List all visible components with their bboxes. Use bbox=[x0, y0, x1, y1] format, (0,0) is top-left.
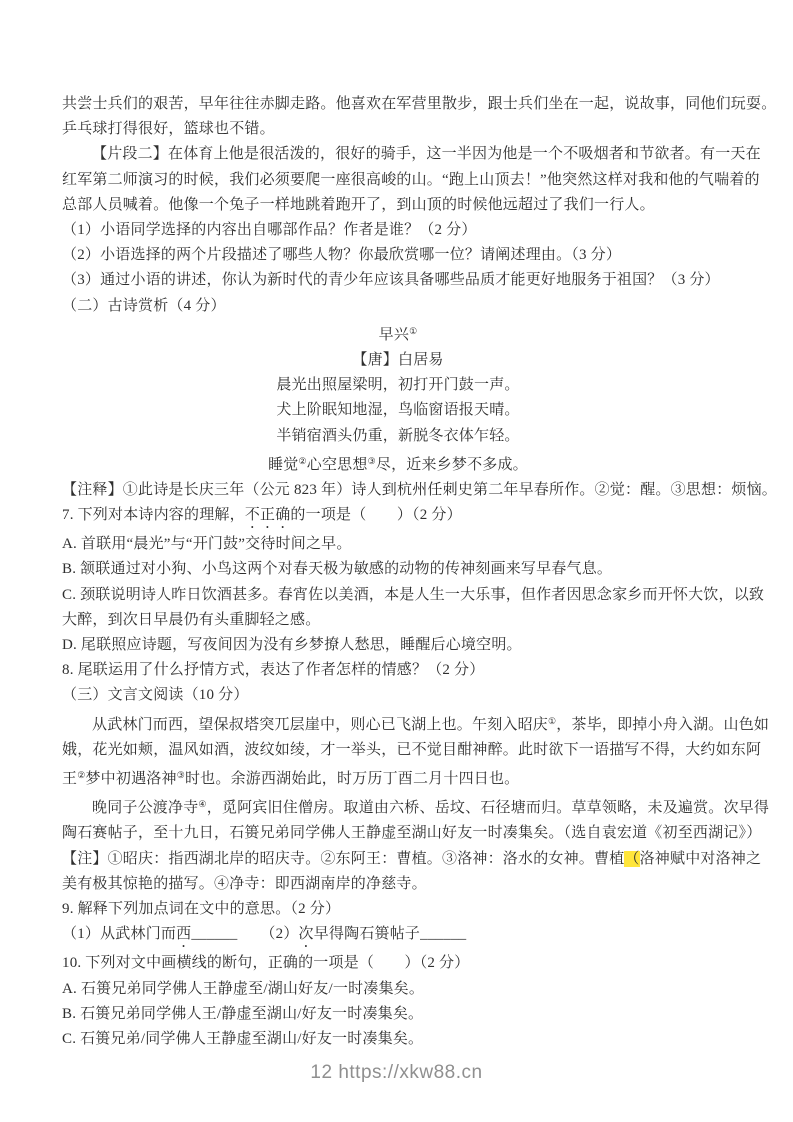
text-segment: 睡觉 bbox=[268, 457, 298, 473]
page-footer: 12 https://xkw88.cn bbox=[0, 1062, 793, 1084]
emphasis-dotted-text: 不正确 bbox=[245, 507, 291, 523]
text-segment: 【片段二】在体育上他是很活泼的，很好的骑手，这一半因为他是一个不吸烟者和节欲者。… bbox=[92, 146, 761, 162]
text-line: （1）从武林门而西______ （2）次早得陶石篑帖子______ bbox=[62, 922, 734, 951]
text-segment: 晚同子公渡净寺 bbox=[92, 800, 198, 816]
text-segment: 美有极其惊艳的描写。④净寺：即西湖南岸的净慈寺。 bbox=[62, 876, 427, 892]
text-segment: 犬上阶眠知地湿，鸟临窗语报天晴。 bbox=[276, 402, 519, 418]
text-segment: 红军第二师演习的时候，我们必须要爬一座很高峻的山。“跑上山顶去！”他突然这样对我… bbox=[62, 172, 760, 188]
text-segment: 时也。余游西湖始此，时万历丁酉二月十四日也。 bbox=[185, 771, 519, 787]
text-line: （三）文言文阅读（10 分） bbox=[62, 683, 734, 708]
text-line: 半销宿酒头仍重，新脱冬衣体乍轻。 bbox=[62, 424, 734, 449]
text-line: （二）古诗赏析（4 分） bbox=[62, 294, 734, 319]
highlight-mark: （ bbox=[624, 851, 639, 867]
text-segment: 心空思想 bbox=[307, 457, 368, 473]
text-line: 王②梦中初遇洛神③时也。余游西湖始此，时万历丁酉二月十四日也。 bbox=[62, 763, 734, 792]
text-segment: ______ bbox=[420, 926, 466, 942]
text-line: 犬上阶眠知地湿，鸟临窗语报天晴。 bbox=[62, 398, 734, 423]
text-line: 美有极其惊艳的描写。④净寺：即西湖南岸的净慈寺。 bbox=[62, 872, 734, 897]
text-segment: 梦中初遇洛神 bbox=[85, 771, 176, 787]
text-segment: 共尝士兵们的艰苦，早年往往赤脚走路。他喜欢在军营里散步，跟士兵们坐在一起，说故事… bbox=[62, 96, 776, 112]
text-line: 晚同子公渡净寺④，觅阿宾旧住僧房。取道由六桥、岳坟、石径塘而归。草草领略，未及遍… bbox=[62, 792, 734, 821]
text-line: 大醉，到次日早晨仍有头重脚轻之感。 bbox=[62, 608, 734, 633]
text-segment: 陶石赛帖子，至十九日，石篑兄弟同学佛人王静虚至湖山好友一时凑集矣。（选自袁宏道《… bbox=[62, 825, 761, 841]
text-segment: （2） bbox=[268, 926, 299, 942]
text-segment: A. 石篑兄弟同学佛人王静虚至/湖山好友/一时凑集矣。 bbox=[62, 981, 424, 997]
text-segment: 的一项是（ ）（2 分） bbox=[290, 507, 461, 523]
text-segment: 总部人员喊着。他像一个兔子一样地跳着跑开了，到山顶的时候他远超过了我们一行人。 bbox=[62, 197, 655, 213]
text-segment: 晨光出照屋梁明，初打开门鼓一声。 bbox=[276, 377, 519, 393]
text-segment: 大醉，到次日早晨仍有头重脚轻之感。 bbox=[62, 612, 320, 628]
text-line: 陶石赛帖子，至十九日，石篑兄弟同学佛人王静虚至湖山好友一时凑集矣。（选自袁宏道《… bbox=[62, 821, 734, 846]
text-segment: 9. 解释下列加点词在文中的意思。（2 分） bbox=[62, 901, 340, 917]
text-line: （1）小语同学选择的内容出自哪部作品？作者是谁？（2 分） bbox=[62, 218, 734, 243]
text-line: 【注释】①此诗是长庆三年（公元 823 年）诗人到杭州任刺史第二年早春所作。②觉… bbox=[62, 478, 734, 503]
superscript-note-ref: ③ bbox=[177, 770, 185, 780]
text-segment: （三）文言文阅读（10 分） bbox=[62, 687, 249, 703]
text-line: 【片段二】在体育上他是很活泼的，很好的骑手，这一半因为他是一个不吸烟者和节欲者。… bbox=[62, 142, 734, 167]
text-segment: 半销宿酒头仍重，新脱冬衣体乍轻。 bbox=[276, 428, 519, 444]
superscript-note-ref: ② bbox=[299, 456, 307, 466]
text-line: （3）通过小语的讲述，你认为新时代的青少年应该具备哪些品质才能更好地服务于祖国？… bbox=[62, 268, 734, 293]
text-segment: 8. 尾联运用了什么抒情方式，表达了作者怎样的情感？（2 分） bbox=[62, 662, 484, 678]
text-line: 娥，花光如颊，温风如酒，波纹如绫，才一举头，已不觉目酣神醉。此时欲下一语描写不得… bbox=[62, 738, 734, 763]
text-line: 8. 尾联运用了什么抒情方式，表达了作者怎样的情感？（2 分） bbox=[62, 658, 734, 683]
text-line: 7. 下列对本诗内容的理解，不正确的一项是（ ）（2 分） bbox=[62, 503, 734, 532]
text-segment: 尽，近来乡梦不多成。 bbox=[376, 457, 528, 473]
text-line: 早兴① bbox=[62, 319, 734, 348]
text-line: 睡觉②心空思想③尽，近来乡梦不多成。 bbox=[62, 449, 734, 478]
text-segment bbox=[238, 926, 268, 942]
emphasis-dotted-text: 次 bbox=[299, 926, 314, 942]
text-line: D. 尾联照应诗题，写夜间因为没有乡梦撩人愁思，睡醒后心境空明。 bbox=[62, 633, 734, 658]
text-line: 从武林门而西，望保叔塔突兀层崖中，则心已飞湖上也。午刻入昭庆①，茶毕，即掉小舟入… bbox=[62, 709, 734, 738]
text-segment: 从武林门而西，望保叔塔突兀层崖中，则心已飞湖上也。午刻入昭庆 bbox=[92, 717, 548, 733]
text-segment: 早得陶石篑帖子 bbox=[314, 926, 420, 942]
text-segment: C. 颈联说明诗人昨日饮酒甚多。春宵佐以美酒，本是人生一大乐事，但作者因思念家乡… bbox=[62, 587, 764, 603]
text-line: 10. 下列对文中画横线的断句，正确的一项是（ ）（2 分） bbox=[62, 951, 734, 976]
text-segment: 7. 下列对本诗内容的理解， bbox=[62, 507, 245, 523]
text-segment: 乒乓球打得很好，篮球也不错。 bbox=[62, 121, 275, 137]
superscript-note-ref: ④ bbox=[198, 799, 206, 809]
superscript-note-ref: ① bbox=[409, 326, 417, 336]
text-segment: ，觅阿宾旧住僧房。取道由六桥、岳坟、石径塘而归。草草领略，未及遍赏。次早得 bbox=[207, 800, 769, 816]
text-line: 【唐】白居易 bbox=[62, 348, 734, 373]
text-line: 乒乓球打得很好，篮球也不错。 bbox=[62, 117, 734, 142]
emphasis-dotted-text: 西 bbox=[176, 926, 191, 942]
text-line: C. 颈联说明诗人昨日饮酒甚多。春宵佐以美酒，本是人生一大乐事，但作者因思念家乡… bbox=[62, 583, 734, 608]
text-line: B. 颔联通过对小狗、小鸟这两个对春天极为敏感的动物的传神刻画来写早春气息。 bbox=[62, 557, 734, 582]
exam-document-page: 共尝士兵们的艰苦，早年往往赤脚走路。他喜欢在军营里散步，跟士兵们坐在一起，说故事… bbox=[0, 0, 793, 1122]
text-segment: B. 石篑兄弟同学佛人王/静虚至湖山/好友一时凑集矣。 bbox=[62, 1006, 423, 1022]
text-segment: （1）小语同学选择的内容出自哪部作品？作者是谁？（2 分） bbox=[62, 222, 477, 238]
text-segment: 洛神赋中对洛神之 bbox=[640, 851, 762, 867]
text-line: A. 石篑兄弟同学佛人王静虚至/湖山好友/一时凑集矣。 bbox=[62, 977, 734, 1002]
text-segment: A. 首联用“晨光”与“开门鼓”交待时间之早。 bbox=[62, 536, 352, 552]
text-line: 红军第二师演习的时候，我们必须要爬一座很高峻的山。“跑上山顶去！”他突然这样对我… bbox=[62, 168, 734, 193]
text-segment: 【注】①昭庆：指西湖北岸的昭庆寺。②东阿王：曹植。③洛神：洛水的女神。曹植 bbox=[62, 851, 624, 867]
text-line: 总部人员喊着。他像一个兔子一样地跳着跑开了，到山顶的时候他远超过了我们一行人。 bbox=[62, 193, 734, 218]
text-segment: 10. 下列对文中画横线的断句，正确的一项是（ ）（2 分） bbox=[62, 955, 469, 971]
text-segment: ______ bbox=[191, 926, 237, 942]
text-segment: D. 尾联照应诗题，写夜间因为没有乡梦撩人愁思，睡醒后心境空明。 bbox=[62, 637, 522, 653]
text-segment: （2）小语选择的两个片段描述了哪些人物？你最欣赏哪一位？请阐述理由。（3 分） bbox=[62, 247, 621, 263]
text-segment: B. 颔联通过对小狗、小鸟这两个对春天极为敏感的动物的传神刻画来写早春气息。 bbox=[62, 561, 612, 577]
text-segment: 王 bbox=[62, 771, 77, 787]
text-line: B. 石篑兄弟同学佛人王/静虚至湖山/好友一时凑集矣。 bbox=[62, 1002, 734, 1027]
text-segment: 【唐】白居易 bbox=[352, 352, 443, 368]
text-segment: C. 石篑兄弟/同学佛人王静虚至湖山/好友一时凑集矣。 bbox=[62, 1031, 423, 1047]
text-segment: （3）通过小语的讲述，你认为新时代的青少年应该具备哪些品质才能更好地服务于祖国？… bbox=[62, 272, 720, 288]
text-line: 晨光出照屋梁明，初打开门鼓一声。 bbox=[62, 373, 734, 398]
text-segment: （1）从武林门而 bbox=[62, 926, 176, 942]
page-number-and-url: 12 https://xkw88.cn bbox=[310, 1062, 482, 1083]
text-line: 【注】①昭庆：指西湖北岸的昭庆寺。②东阿王：曹植。③洛神：洛水的女神。曹植（洛神… bbox=[62, 847, 734, 872]
text-segment: （二）古诗赏析（4 分） bbox=[62, 298, 226, 314]
text-line: A. 首联用“晨光”与“开门鼓”交待时间之早。 bbox=[62, 532, 734, 557]
text-segment: 早兴 bbox=[379, 327, 409, 343]
text-segment: ，茶毕，即掉小舟入湖。山色如 bbox=[556, 717, 769, 733]
text-line: 9. 解释下列加点词在文中的意思。（2 分） bbox=[62, 897, 734, 922]
superscript-note-ref: ③ bbox=[368, 456, 376, 466]
text-segment: 娥，花光如颊，温风如酒，波纹如绫，才一举头，已不觉目酣神醉。此时欲下一语描写不得… bbox=[62, 742, 761, 758]
document-lines: 共尝士兵们的艰苦，早年往往赤脚走路。他喜欢在军营里散步，跟士兵们坐在一起，说故事… bbox=[62, 92, 734, 1052]
text-line: C. 石篑兄弟/同学佛人王静虚至湖山/好友一时凑集矣。 bbox=[62, 1027, 734, 1052]
text-line: （2）小语选择的两个片段描述了哪些人物？你最欣赏哪一位？请阐述理由。（3 分） bbox=[62, 243, 734, 268]
text-segment: 【注释】①此诗是长庆三年（公元 823 年）诗人到杭州任刺史第二年早春所作。②觉… bbox=[62, 482, 777, 498]
text-line: 共尝士兵们的艰苦，早年往往赤脚走路。他喜欢在军营里散步，跟士兵们坐在一起，说故事… bbox=[62, 92, 734, 117]
